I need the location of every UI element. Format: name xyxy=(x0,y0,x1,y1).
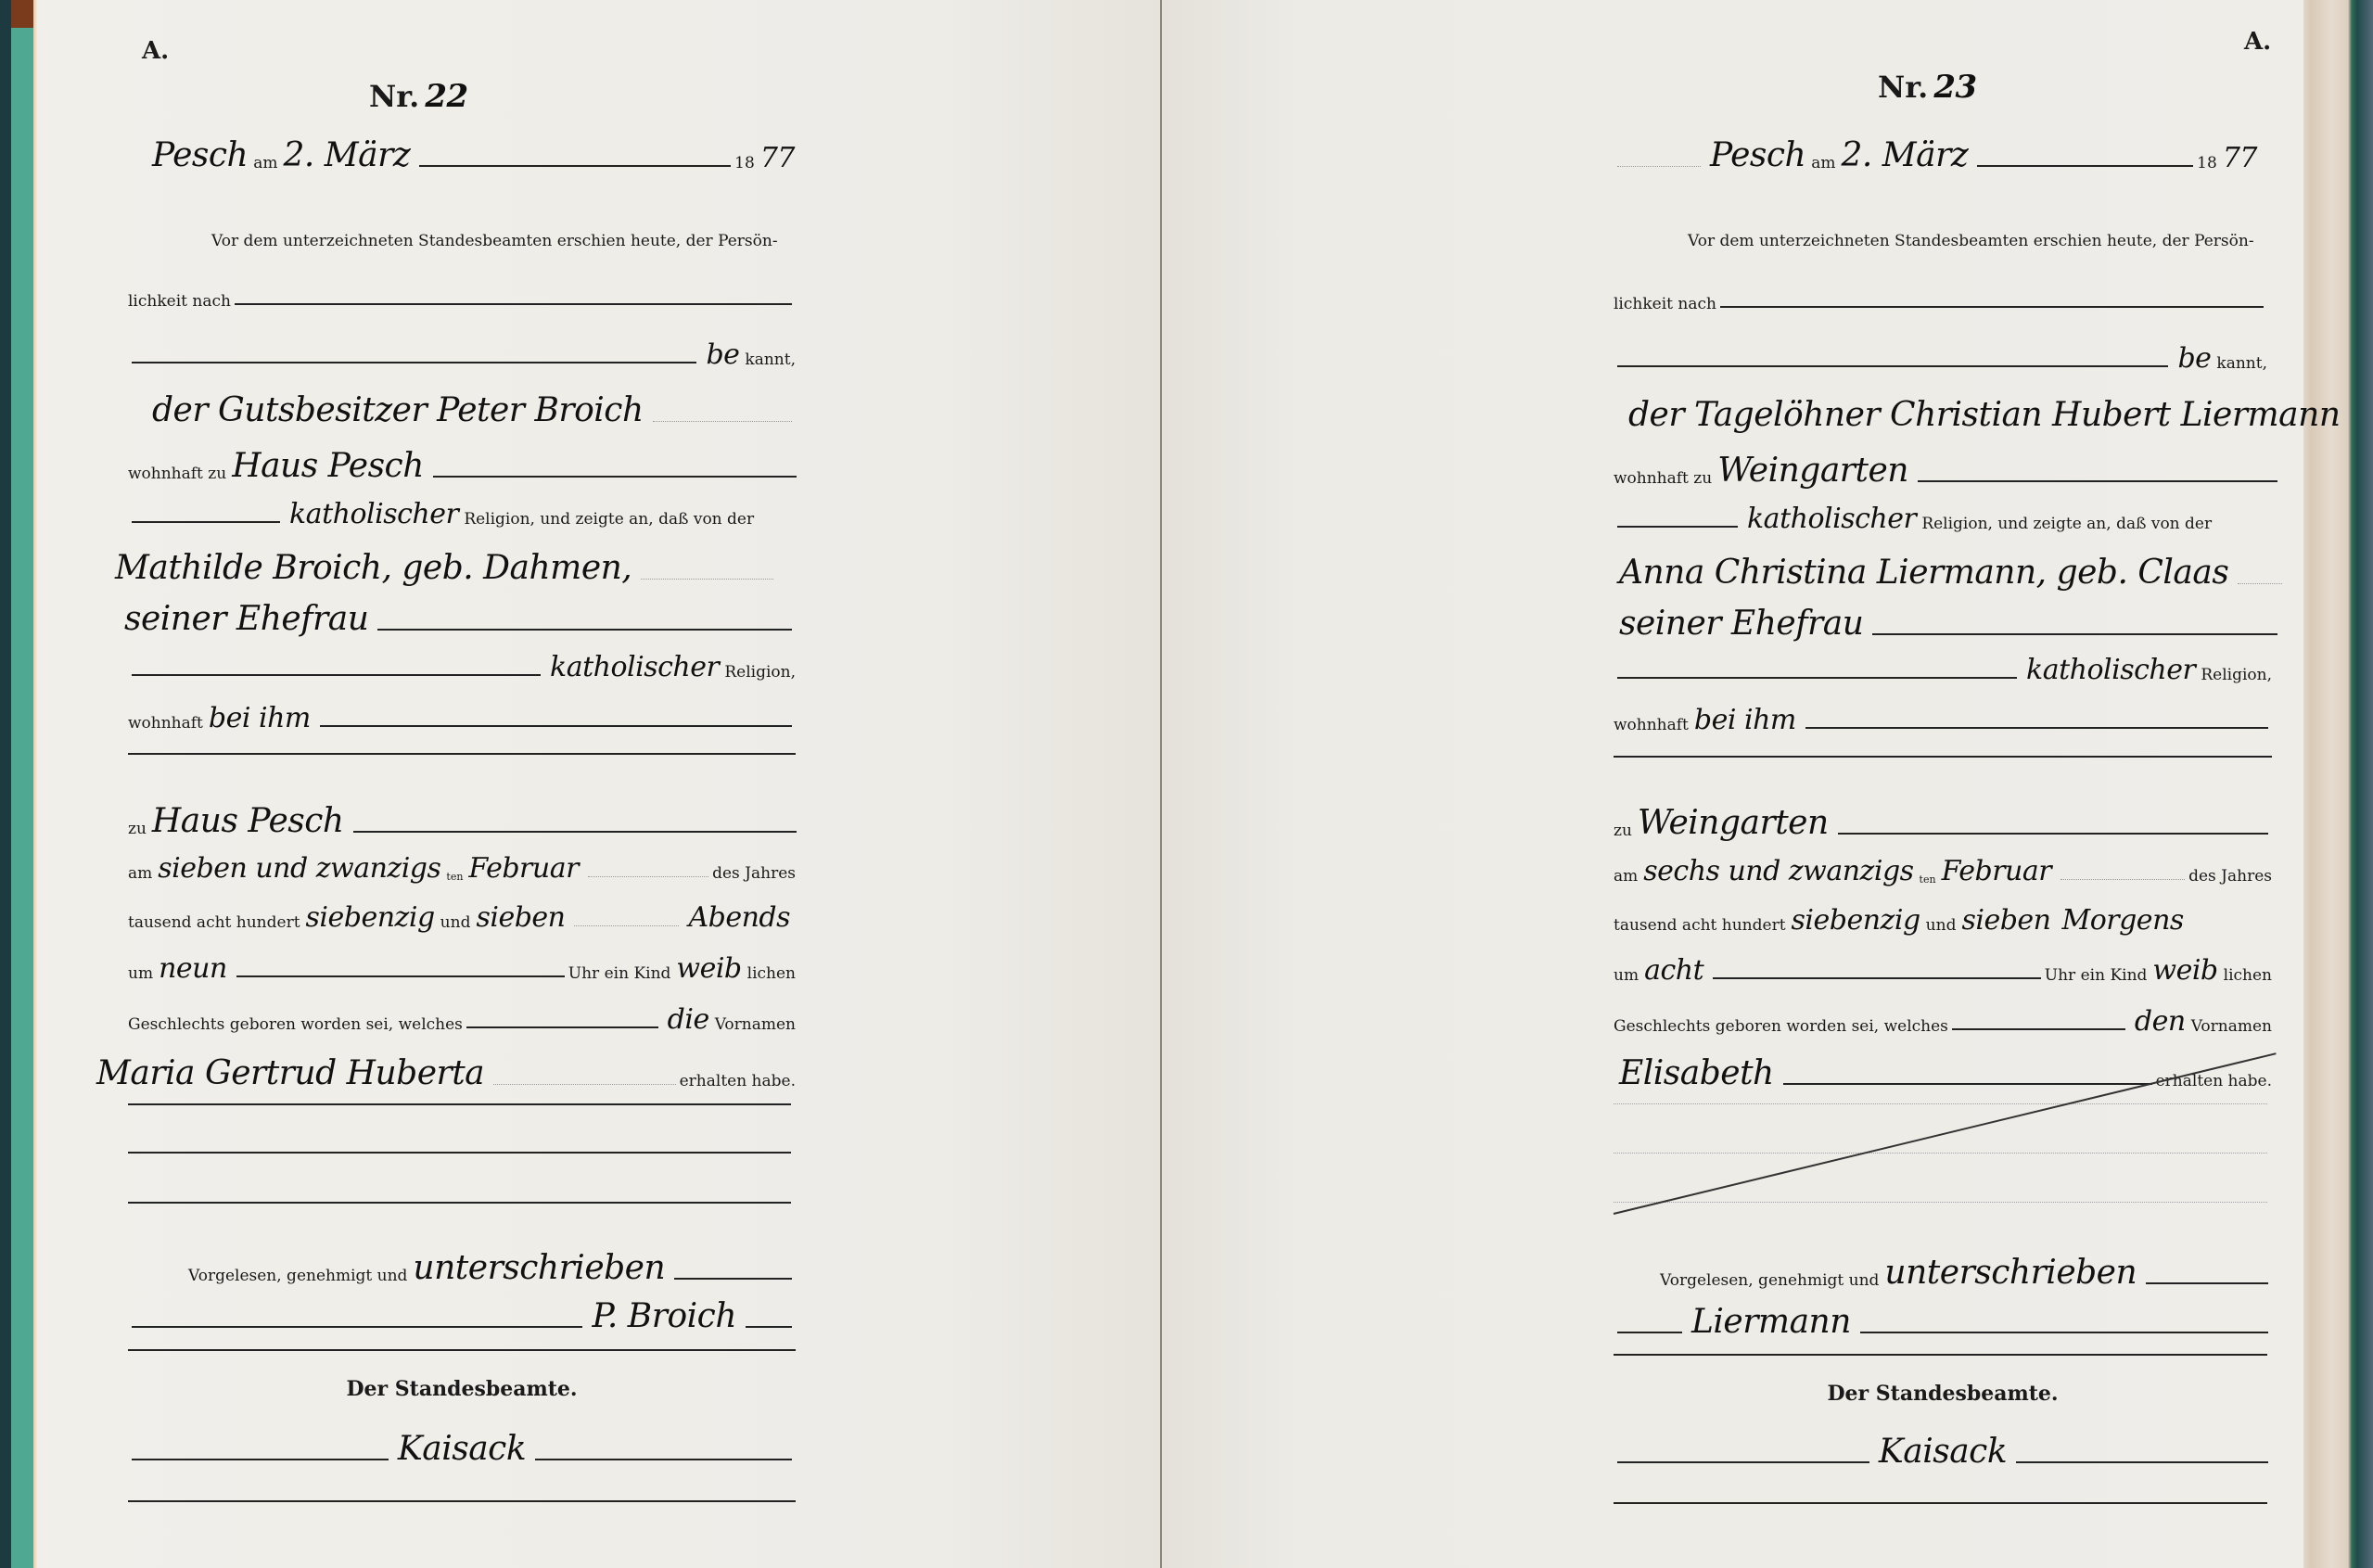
sex: weib xyxy=(2152,957,2217,985)
vornamen-label: Vornamen xyxy=(2191,1017,2272,1036)
intro-line: Vor dem unterzeichneten Standesbeamten e… xyxy=(1688,232,2272,250)
birthdate-line: am sechs und zwanzigsten Februar des Jah… xyxy=(1614,858,2272,886)
book-cover-left-edge xyxy=(0,0,37,1568)
section-mark: A. xyxy=(142,37,169,65)
birth-place: Weingarten xyxy=(1638,807,1829,840)
standesbeamte-label: Der Standesbeamte. xyxy=(128,1377,796,1401)
informant-signature-line: Liermann xyxy=(1614,1306,2272,1339)
am-birth-label: am xyxy=(1614,867,1638,886)
blank-rule xyxy=(128,753,796,755)
zu-label: zu xyxy=(128,820,147,838)
wohnhaft-label: wohnhaft xyxy=(1614,716,1689,734)
birthplace-line: zu Haus Pesch xyxy=(128,805,800,838)
vorgelesen-line: Vorgelesen, genehmigt und unterschrieben xyxy=(188,1252,796,1285)
ten-label: ten xyxy=(446,871,463,883)
decade: siebenzig xyxy=(306,904,435,932)
birth-day: sechs und zwanzigs xyxy=(1643,858,1913,886)
time-of-day: Morgens xyxy=(2061,907,2183,935)
pronoun: den xyxy=(2135,1008,2186,1036)
vorgelesen-label: Vorgelesen, genehmigt und xyxy=(188,1267,407,1285)
residence: Weingarten xyxy=(1717,454,1908,488)
year-prefix: 18 xyxy=(2197,154,2217,172)
birth-day: sieben und zwanzigs xyxy=(158,855,440,883)
pronoun: die xyxy=(668,1006,709,1034)
und-label: und xyxy=(1926,916,1957,935)
lichkeit-line: lichkeit nach xyxy=(128,292,796,311)
lichen-label: lichen xyxy=(2224,966,2272,985)
bekannt-line: bekannt, xyxy=(128,341,796,369)
religion-label: Religion, xyxy=(2201,666,2272,684)
mother-residence: bei ihm xyxy=(1694,707,1796,734)
nr-label: Nr. xyxy=(369,79,419,114)
blank-rule xyxy=(128,1152,791,1154)
time-of-day: Abends xyxy=(688,904,790,932)
blank-rule xyxy=(1614,756,2272,758)
tausend-label: tausend acht hundert xyxy=(128,913,300,932)
mother-residence-line: wohnhaft bei ihm xyxy=(1614,707,2272,734)
section-mark: A. xyxy=(2244,28,2271,56)
official-signature-line: Kaisack xyxy=(1614,1435,2272,1469)
birth-month: Februar xyxy=(468,855,579,883)
bekannt-prefix: be xyxy=(706,341,739,369)
mother-residence-line: wohnhaft bei ihm xyxy=(128,705,796,733)
entry-number: Nr.23 xyxy=(1878,70,1983,105)
bekannt-label: kannt, xyxy=(745,351,796,369)
mother-line: Mathilde Broich, geb. Dahmen, xyxy=(109,552,777,585)
hour: acht xyxy=(1644,957,1703,985)
vornamen-label: Vornamen xyxy=(715,1015,796,1034)
hour: neun xyxy=(159,955,227,983)
sex: weib xyxy=(676,955,741,983)
lichen-label: lichen xyxy=(747,964,796,983)
blank-rule xyxy=(1614,1502,2267,1504)
residence-line: wohnhaft zu Weingarten xyxy=(1614,454,2281,488)
child-name-line: Maria Gertrud Huberta erhalten habe. xyxy=(91,1057,796,1090)
am-label: am xyxy=(1811,154,1835,172)
blank-dotted-rule xyxy=(1614,1153,2267,1154)
religion-text: Religion, und zeigte an, daß von der xyxy=(464,510,754,529)
informant-signature: Liermann xyxy=(1691,1306,1851,1339)
informant: der Gutsbesitzer Peter Broich xyxy=(152,394,644,427)
vorgelesen-line: Vorgelesen, genehmigt und unterschrieben xyxy=(1660,1256,2272,1290)
vorgelesen-label: Vorgelesen, genehmigt und xyxy=(1660,1271,1879,1290)
place: Pesch xyxy=(1710,139,1805,172)
unit-year: sieben xyxy=(476,904,565,932)
year-suffix: 77 xyxy=(760,145,795,172)
intro-text: Vor dem unterzeichneten Standesbeamten e… xyxy=(211,232,778,250)
religion-value: katholischer xyxy=(289,501,458,529)
bekannt-prefix: be xyxy=(2177,345,2211,373)
left-page: A. Nr.22 Pesch am 2. März 1877 Vor dem u… xyxy=(37,0,1162,1568)
wohnhaft-zu-label: wohnhaft zu xyxy=(1614,469,1712,488)
erhalten-label: erhalten habe. xyxy=(2156,1072,2272,1090)
nr-value: 22 xyxy=(425,78,467,115)
uhr-label: Uhr ein Kind xyxy=(2045,966,2148,985)
mother-religion: katholischer xyxy=(2026,657,2195,684)
wohnhaft-label: wohnhaft xyxy=(128,714,203,733)
bekannt-line: bekannt, xyxy=(1614,345,2267,373)
informant: der Tagelöhner Christian Hubert Liermann xyxy=(1628,399,2341,432)
blank-rule xyxy=(128,1202,791,1204)
unterschrieben: unterschrieben xyxy=(1884,1256,2137,1290)
birthplace-line: zu Weingarten xyxy=(1614,807,2272,840)
geschlechts-label: Geschlechts geboren worden sei, welches xyxy=(128,1015,463,1034)
birth-place: Haus Pesch xyxy=(152,805,344,838)
blank-rule xyxy=(128,1103,791,1105)
tausend-label: tausend acht hundert xyxy=(1614,916,1786,935)
mother-religion: katholischer xyxy=(550,654,719,682)
place-date-line: Pesch am 2. März 1877 xyxy=(1614,139,2263,172)
cover-corner xyxy=(11,0,33,28)
unterschrieben: unterschrieben xyxy=(413,1252,665,1285)
geschlecht-line: Geschlechts geboren worden sei, welches … xyxy=(1614,1008,2272,1036)
religion-text: Religion, und zeigte an, daß von der xyxy=(1921,515,2212,533)
entry-number: Nr.22 xyxy=(369,79,474,114)
blank-rule xyxy=(128,1349,796,1351)
um-label: um xyxy=(128,964,153,983)
residence: Haus Pesch xyxy=(232,450,424,483)
lichkeit-line: lichkeit nach xyxy=(1614,295,2267,313)
nr-label: Nr. xyxy=(1878,70,1928,105)
relation: seiner Ehefrau xyxy=(124,603,368,636)
des-jahres-label: des Jahres xyxy=(2188,867,2272,886)
residence-line: wohnhaft zu Haus Pesch xyxy=(128,450,800,483)
erhalten-label: erhalten habe. xyxy=(680,1072,796,1090)
um-label: um xyxy=(1614,966,1639,985)
wohnhaft-zu-label: wohnhaft zu xyxy=(128,465,226,483)
date: 2. März xyxy=(1842,139,1969,172)
place: Pesch xyxy=(152,139,248,172)
lichkeit-label: lichkeit nach xyxy=(1614,295,1716,313)
unit-year: sieben xyxy=(1961,907,2050,935)
relation: seiner Ehefrau xyxy=(1619,607,1863,641)
mother-residence: bei ihm xyxy=(209,705,311,733)
hour-line: um acht Uhr ein Kind weiblichen xyxy=(1614,957,2272,985)
blank-dotted-rule xyxy=(1614,1202,2267,1203)
informant-line: der Gutsbesitzer Peter Broich xyxy=(147,394,796,427)
birthyear-line: tausend acht hundert siebenzig und siebe… xyxy=(1614,907,2272,935)
birth-month: Februar xyxy=(1942,858,2052,886)
uhr-label: Uhr ein Kind xyxy=(568,964,671,983)
child-name: Maria Gertrud Huberta xyxy=(96,1057,484,1090)
religion-line: katholischer Religion, und zeigte an, da… xyxy=(1614,505,2272,533)
mother-religion-line: katholischerReligion, xyxy=(1614,657,2272,684)
bekannt-label: kannt, xyxy=(2216,354,2267,373)
standesbeamte-label: Der Standesbeamte. xyxy=(1614,1382,2272,1406)
official-signature: Kaisack xyxy=(398,1433,526,1466)
relation-line: seiner Ehefrau xyxy=(119,603,796,636)
religion-line: katholischer Religion, und zeigte an, da… xyxy=(128,501,796,529)
intro-text: Vor dem unterzeichneten Standesbeamten e… xyxy=(1688,232,2254,250)
geschlecht-line: Geschlechts geboren worden sei, welches … xyxy=(128,1006,796,1034)
ten-label: ten xyxy=(1920,873,1936,886)
date: 2. März xyxy=(284,139,411,172)
nr-value: 23 xyxy=(1933,69,1976,106)
informant-signature: P. Broich xyxy=(592,1300,736,1333)
blank-dotted-rule xyxy=(1614,1103,2267,1104)
blank-rule xyxy=(128,1500,796,1502)
official-signature: Kaisack xyxy=(1879,1435,2007,1469)
blank-rule xyxy=(1614,1354,2267,1356)
geschlechts-label: Geschlechts geboren worden sei, welches xyxy=(1614,1017,1948,1036)
child-name-line: Elisabeth erhalten habe. xyxy=(1614,1057,2272,1090)
hour-line: um neun Uhr ein Kind weiblichen xyxy=(128,955,796,983)
decade: siebenzig xyxy=(1792,907,1920,935)
lichkeit-label: lichkeit nach xyxy=(128,292,231,311)
right-page: A. Nr.23 Pesch am 2. März 1877 Vor dem u… xyxy=(1162,0,2303,1568)
religion-label: Religion, xyxy=(724,663,796,682)
zu-label: zu xyxy=(1614,822,1632,840)
informant-line: der Tagelöhner Christian Hubert Liermann xyxy=(1623,399,2290,432)
child-name: Elisabeth xyxy=(1619,1057,1774,1090)
year-prefix: 18 xyxy=(734,154,755,172)
religion-value: katholischer xyxy=(1747,505,1916,533)
mother-religion-line: katholischerReligion, xyxy=(128,654,796,682)
official-signature-line: Kaisack xyxy=(128,1433,796,1466)
place-date-line: Pesch am 2. März 1877 xyxy=(147,139,800,172)
und-label: und xyxy=(440,913,471,932)
am-label: am xyxy=(253,154,277,172)
year-suffix: 77 xyxy=(2223,145,2257,172)
relation-line: seiner Ehefrau xyxy=(1614,607,2281,641)
informant-signature-line: P. Broich xyxy=(128,1300,796,1333)
mother: Mathilde Broich, geb. Dahmen, xyxy=(115,552,632,585)
des-jahres-label: des Jahres xyxy=(712,864,796,883)
mother: Anna Christina Liermann, geb. Claas xyxy=(1619,556,2228,590)
am-birth-label: am xyxy=(128,864,152,883)
book-cover-right-edge xyxy=(2303,0,2373,1568)
mother-line: Anna Christina Liermann, geb. Claas xyxy=(1614,556,2286,590)
intro-line: Vor dem unterzeichneten Standesbeamten e… xyxy=(211,232,796,250)
birthyear-line: tausend acht hundert siebenzig und siebe… xyxy=(128,904,796,932)
birthdate-line: am sieben und zwanzigsten Februar des Ja… xyxy=(128,855,796,883)
